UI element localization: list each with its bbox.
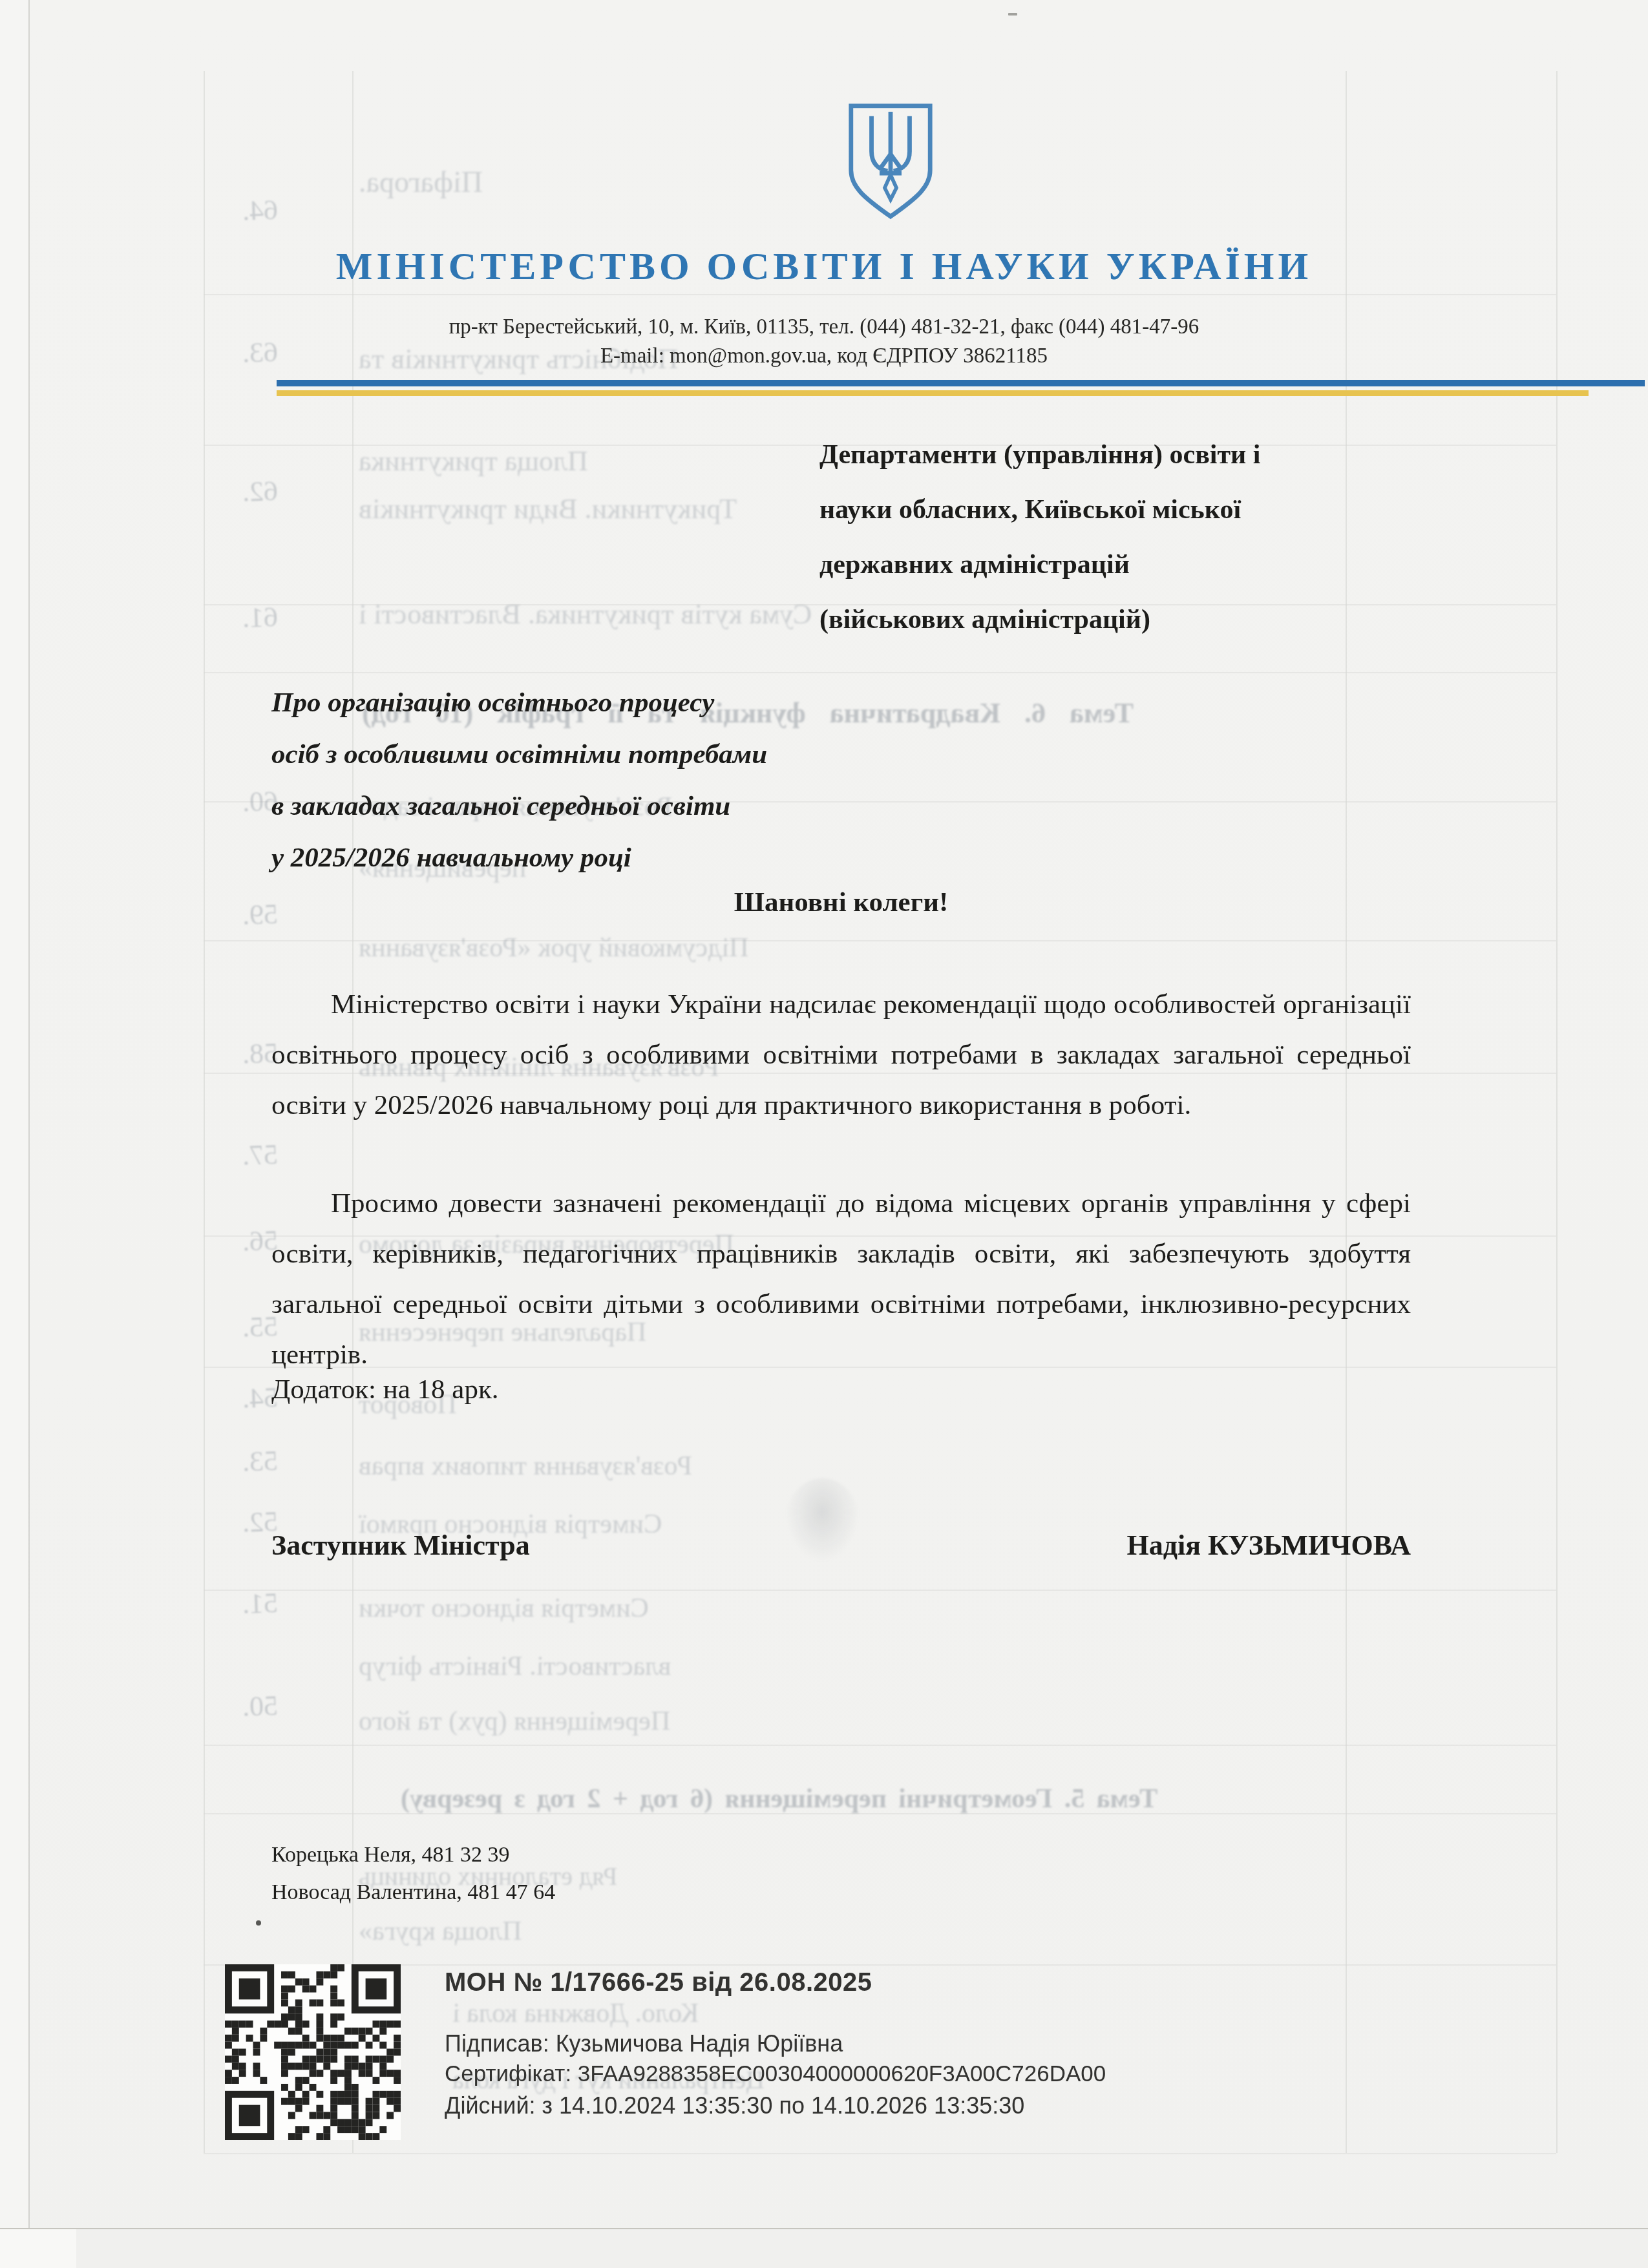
body-paragraph-1: Міністерство освіти і науки України надс… — [271, 980, 1411, 1131]
salutation: Шановні колеги! — [271, 887, 1411, 918]
signature-row: Заступник Міністра Надія КУЗЬМИЧОВА — [271, 1529, 1411, 1562]
recipient-block: Департаменти (управління) освіти і науки… — [819, 428, 1375, 647]
signer-position: Заступник Міністра — [271, 1529, 530, 1562]
ministry-address: пр-кт Берестейський, 10, м. Київ, 01135,… — [0, 315, 1648, 339]
ink-dot-speck — [256, 1920, 261, 1926]
signer-line: Підписав: Кузьмичова Надія Юріївна — [445, 2030, 843, 2057]
recipient-line: державних адміністрацій — [819, 538, 1375, 593]
tryzub-emblem-icon — [847, 101, 935, 222]
subject-block: Про організацію освітнього процесу осіб … — [271, 677, 905, 884]
registration-number: МОН № 1/17666-25 від 26.08.2025 — [445, 1968, 872, 1997]
recipient-line: Департаменти (управління) освіти і — [819, 428, 1375, 483]
letter-content: МІНІСТЕРСТВО ОСВІТИ І НАУКИ УКРАЇНИ пр-к… — [0, 0, 1648, 2268]
contact-line: Корецька Неля, 481 32 39 — [271, 1836, 555, 1874]
body-paragraph-2: Просимо довести зазначені рекомендації д… — [271, 1179, 1411, 1380]
subject-line: в закладах загальної середньої освіти — [271, 781, 905, 832]
signer-name: Надія КУЗЬМИЧОВА — [1127, 1529, 1411, 1562]
subject-line: у 2025/2026 навчальному році — [271, 832, 905, 884]
subject-line: Про організацію освітнього процесу — [271, 677, 905, 729]
flag-line-blue — [277, 380, 1645, 386]
subject-line: осіб з особливими освітніми потребами — [271, 729, 905, 781]
scanned-letter-page: Піфагора.Подібність трикутників таПлоща … — [0, 0, 1648, 2268]
contact-line: Новосад Валентина, 481 47 64 — [271, 1874, 555, 1911]
qr-code — [225, 1964, 401, 2140]
ministry-email-line: E-mail: mon@mon.gov.ua, код ЄДРПОУ 38621… — [0, 344, 1648, 368]
recipient-line: науки обласних, Київської міської — [819, 483, 1375, 538]
ministry-title: МІНІСТЕРСТВО ОСВІТИ І НАУКИ УКРАЇНИ — [0, 244, 1648, 289]
certificate-line: Сертифікат: 3FAA9288358EC00304000000620F… — [445, 2061, 1106, 2087]
flag-line-yellow — [277, 390, 1589, 396]
attachment-note: Додаток: на 18 арк. — [271, 1374, 499, 1405]
recipient-line: (військових адміністрацій) — [819, 593, 1375, 647]
validity-line: Дійсний: з 14.10.2024 13:35:30 по 14.10.… — [445, 2092, 1024, 2119]
contacts-block: Корецька Неля, 481 32 39 Новосад Валенти… — [271, 1836, 555, 1911]
